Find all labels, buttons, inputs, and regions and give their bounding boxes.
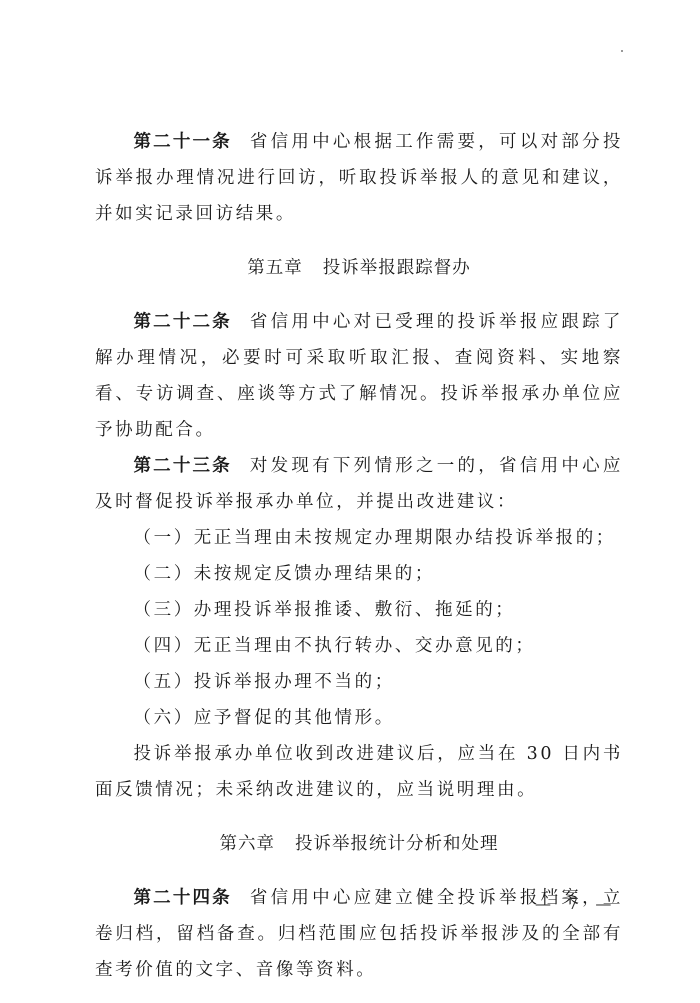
chapter-title: 投诉举报跟踪督办 [323, 258, 471, 278]
chapter-number: 第六章 [220, 834, 276, 854]
article-23: 第二十三条对发现有下列情形之一的，省信用中心应及时督促投诉举报承办单位，并提出改… [95, 448, 623, 520]
page-number: — 7 — [535, 894, 617, 913]
list-item: （一）无正当理由未按规定办理期限办结投诉举报的； [95, 520, 623, 556]
chapter-heading-5: 第五章投诉举报跟踪督办 [95, 250, 623, 286]
article-23-followup: 投诉举报承办单位收到改进建议后，应当在 30 日内书面反馈情况；未采纳改进建议的… [95, 736, 623, 808]
article-22: 第二十二条省信用中心对已受理的投诉举报应跟踪了解办理情况，必要时可采取听取汇报、… [95, 304, 623, 448]
article-label: 第二十一条 [134, 132, 232, 152]
chapter-title: 投诉举报统计分析和处理 [295, 834, 499, 854]
list-item: （四）无正当理由不执行转办、交办意见的； [95, 628, 623, 664]
article-label: 第二十二条 [134, 312, 232, 332]
list-item: （三）办理投诉举报推诿、敷衍、拖延的； [95, 592, 623, 628]
chapter-number: 第五章 [247, 258, 303, 278]
article-label: 第二十四条 [134, 888, 232, 908]
article-21: 第二十一条省信用中心根据工作需要，可以对部分投诉举报办理情况进行回访，听取投诉举… [95, 124, 623, 232]
chapter-heading-6: 第六章投诉举报统计分析和处理 [95, 826, 623, 862]
list-item: （二）未按规定反馈办理结果的； [95, 556, 623, 592]
document-page: 第二十一条省信用中心根据工作需要，可以对部分投诉举报办理情况进行回访，听取投诉举… [95, 124, 623, 988]
scan-speck [621, 50, 623, 52]
list-item: （五）投诉举报办理不当的； [95, 664, 623, 700]
list-item: （六）应予督促的其他情形。 [95, 700, 623, 736]
article-label: 第二十三条 [134, 456, 232, 476]
